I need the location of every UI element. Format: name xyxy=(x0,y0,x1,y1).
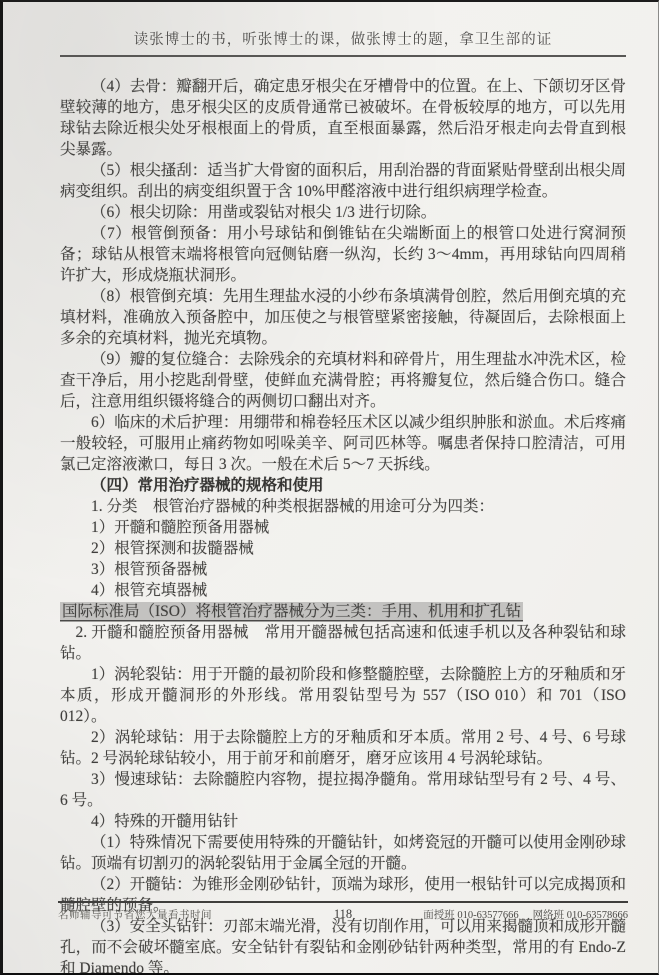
turbine-fissure-bur: 1）涡轮裂钻：用于开髓的最初阶段和修整髓腔壁，去除髓腔上方的牙釉质和牙本质，形成… xyxy=(60,664,626,727)
instrument-category-4: 4）根管充填器械 xyxy=(60,580,626,601)
classification-intro: 1. 分类 根管治疗器械的种类根据器械的用途可分为四类： xyxy=(60,496,626,517)
instrument-category-3: 3）根管预备器械 xyxy=(60,559,626,580)
section-heading-instruments: （四）常用治疗器械的规格和使用 xyxy=(60,475,626,496)
step-7-retrograde-preparation: （7）根管倒预备：用小号球钻和倒锥钻在尖端断面上的根管口处进行窝洞预备；球钻从根… xyxy=(60,223,626,286)
step-6-root-resection: （6）根尖切除：用凿或裂钻对根尖 1/3 进行切除。 xyxy=(60,202,626,223)
slow-speed-round-bur: 3）慢速球钻：去除髓腔内容物，提拉揭净髓角。常用球钻型号有 2 号、4 号、6 … xyxy=(60,769,626,811)
footer-face-class-phone: 面授班 010-63577666 xyxy=(423,910,518,921)
footer-online-class-phone: 网络班 010-63578666 xyxy=(533,910,628,921)
header-divider xyxy=(60,55,626,57)
footer-divider xyxy=(58,901,628,903)
postoperative-care: 6）临床的术后护理：用绷带和棉卷轻压术区以减少组织肿胀和淤血。术后疼痛一般较轻，… xyxy=(60,412,626,475)
safe-tip-bur: （3）安全头钻针：刃部末端光滑，没有切削作用，可以用来揭髓顶和成形开髓孔，而不会… xyxy=(60,916,626,975)
iso-classification-line: 国际标准局（ISO）将根管治疗器械分为三类：手用、机用和扩孔钻 xyxy=(60,601,626,622)
special-access-burs-heading: 4）特殊的开髓用钻针 xyxy=(60,811,626,832)
step-9-flap-suture: （9）瓣的复位缝合：去除残余的充填材料和碎骨片，用生理盐水冲洗术区，检查干净后，… xyxy=(60,349,626,412)
header-slogan: 读张博士的书，听张博士的课，做张博士的题，拿卫生部的证 xyxy=(60,28,626,49)
footer-left-slogan: 名师辅导可节省您大量看书时间 xyxy=(58,907,313,922)
step-8-retrograde-filling: （8）根管倒充填：先用生理盐水浸的小纱布条填满骨创腔，然后用倒充填的充填材料，准… xyxy=(60,286,626,349)
page-header: 读张博士的书，听张博士的课，做张博士的题，拿卫生部的证 xyxy=(60,28,626,57)
step-5-apical-curettage: （5）根尖搔刮：适当扩大骨窗的面积后，用刮治器的背面紧贴骨壁刮出根尖周病变组织。… xyxy=(60,160,626,202)
access-instruments-intro: 2. 开髓和髓腔预备用器械 常用开髓器械包括高速和低速手机以及各种裂钻和球钻。 xyxy=(60,622,626,664)
highlighted-text: 国际标准局（ISO）将根管治疗器械分为三类：手用、机用和扩孔钻 xyxy=(60,602,523,620)
instrument-category-2: 2）根管探测和拔髓器械 xyxy=(60,538,626,559)
scanned-textbook-page: 读张博士的书，听张博士的课，做张博士的题，拿卫生部的证 （4）去骨：瓣翻开后，确… xyxy=(0,0,659,975)
document-body: （4）去骨：瓣翻开后，确定患牙根尖在牙槽骨中的位置。在上、下颌切牙区骨壁较薄的地… xyxy=(60,76,626,975)
footer-contact: 面授班 010-63577666网络班 010-63578666 xyxy=(373,907,628,922)
footer-row: 名师辅导可节省您大量看书时间 118 面授班 010-63577666网络班 0… xyxy=(58,907,628,922)
page-number: 118 xyxy=(313,907,373,922)
step-4-bone-removal: （4）去骨：瓣翻开后，确定患牙根尖在牙槽骨中的位置。在上、下颌切牙区骨壁较薄的地… xyxy=(60,76,626,160)
special-access-burs-note: （1）特殊情况下需要使用特殊的开髓钻针，如烤瓷冠的开髓可以使用金刚砂球钻。顶端有… xyxy=(60,832,626,874)
page-footer: 名师辅导可节省您大量看书时间 118 面授班 010-63577666网络班 0… xyxy=(58,901,628,922)
instrument-category-1: 1）开髓和髓腔预备用器械 xyxy=(60,517,626,538)
turbine-round-bur: 2）涡轮球钻：用于去除髓腔上方的牙釉质和牙本质。常用 2 号、4 号、6 号球钻… xyxy=(60,727,626,769)
